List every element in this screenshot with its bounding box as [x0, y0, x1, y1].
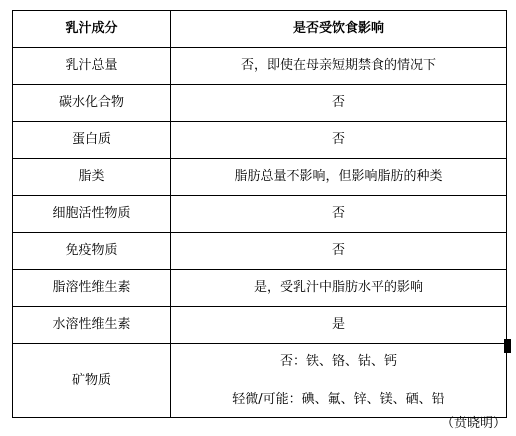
- effect-cell: 是，受乳汁中脂肪水平的影响: [171, 270, 507, 307]
- table-row-minerals: 矿物质 否：铁、铬、钴、钙 轻微/可能：碘、氟、锌、镁、硒、铅: [13, 344, 507, 418]
- effect-cell: 否，即使在母亲短期禁食的情况下: [171, 48, 507, 85]
- component-cell: 细胞活性物质: [13, 196, 171, 233]
- effect-cell: 否: [171, 196, 507, 233]
- page: 乳汁成分 是否受饮食影响 乳汁总量 否，即使在母亲短期禁食的情况下 碳水化合物 …: [0, 0, 516, 436]
- effect-cell: 是: [171, 307, 507, 344]
- table-row: 免疫物质 否: [13, 233, 507, 270]
- effect-cell: 脂肪总量不影响，但影响脂肪的种类: [171, 159, 507, 196]
- effect-cell: 否: [171, 233, 507, 270]
- table-row: 水溶性维生素 是: [13, 307, 507, 344]
- table-row: 细胞活性物质 否: [13, 196, 507, 233]
- component-cell: 矿物质: [13, 344, 171, 418]
- anchor-mark: [504, 339, 511, 353]
- milk-composition-table: 乳汁成分 是否受饮食影响 乳汁总量 否，即使在母亲短期禁食的情况下 碳水化合物 …: [12, 10, 507, 418]
- component-cell: 碳水化合物: [13, 85, 171, 122]
- table-row: 碳水化合物 否: [13, 85, 507, 122]
- table-row: 乳汁总量 否，即使在母亲短期禁食的情况下: [13, 48, 507, 85]
- component-cell: 脂类: [13, 159, 171, 196]
- header-milk-component: 乳汁成分: [13, 11, 171, 48]
- header-diet-effect: 是否受饮食影响: [171, 11, 507, 48]
- component-cell: 蛋白质: [13, 122, 171, 159]
- effect-cell: 否: [171, 122, 507, 159]
- attribution: （贲晓明）: [441, 416, 506, 432]
- component-cell: 脂溶性维生素: [13, 270, 171, 307]
- table-row: 脂类 脂肪总量不影响，但影响脂肪的种类: [13, 159, 507, 196]
- table-row: 蛋白质 否: [13, 122, 507, 159]
- component-cell: 免疫物质: [13, 233, 171, 270]
- effect-cell: 否：铁、铬、钴、钙 轻微/可能：碘、氟、锌、镁、硒、铅: [171, 344, 507, 418]
- table-row: 脂溶性维生素 是，受乳汁中脂肪水平的影响: [13, 270, 507, 307]
- component-cell: 水溶性维生素: [13, 307, 171, 344]
- table-header-row: 乳汁成分 是否受饮食影响: [13, 11, 507, 48]
- component-cell: 乳汁总量: [13, 48, 171, 85]
- effect-cell: 否: [171, 85, 507, 122]
- minerals-effect-line-1: 否：铁、铬、钴、钙: [171, 354, 506, 370]
- minerals-effect-line-2: 轻微/可能：碘、氟、锌、镁、硒、铅: [171, 392, 506, 408]
